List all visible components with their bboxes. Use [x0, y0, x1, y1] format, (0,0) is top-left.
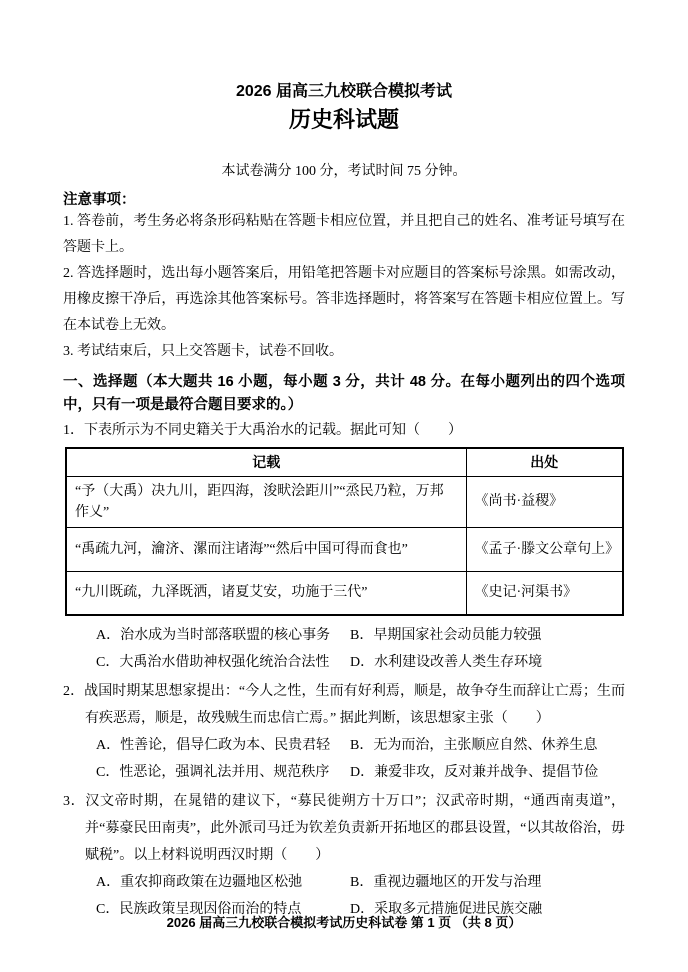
table-cell-source: 《尚书·益稷》: [466, 476, 623, 527]
question-1-stem: 1．下表所示为不同史籍关于大禹治水的记载。据此可知（ ）: [63, 419, 625, 442]
question-1-option-c: C．大禹治水借助神权强化统治合法性: [96, 649, 350, 676]
question-1: 1．下表所示为不同史籍关于大禹治水的记载。据此可知（ ） 记载 出处 “予（大禹…: [63, 419, 625, 676]
question-1-option-b: B．早期国家社会动员能力较强: [350, 622, 625, 649]
question-2-stem: 2．战国时期某思想家提出：“今人之性，生而有好利焉，顺是，故争夺生而辞让亡焉；生…: [63, 678, 625, 732]
question-3: 3．汉文帝时期，在晁错的建议下，“募民徙朔方十万口”；汉武帝时期，“通西南夷道”…: [63, 788, 625, 923]
notice-item-1: 1. 答卷前，考生务必将条形码粘贴在答题卡相应位置，并且把自己的姓名、准考证号填…: [63, 209, 625, 261]
table-row: “九川既疏，九泽既洒，诸夏艾安，功施于三代” 《史记·河渠书》: [66, 571, 623, 615]
exam-title-line2: 历史科试题: [63, 106, 625, 134]
question-2-text: 战国时期某思想家提出：“今人之性，生而有好利焉，顺是，故争夺生而辞让亡焉；生而有…: [84, 684, 625, 726]
question-2-option-a: A．性善论，倡导仁政为本、民贵君轻: [96, 732, 350, 759]
question-1-option-a: A．治水成为当时部落联盟的核心事务: [96, 622, 350, 649]
question-2-number: 2．: [63, 684, 84, 699]
table-row: “予（大禹）决九川，距四海，浚畎浍距川”“烝民乃粒，万邦作乂” 《尚书·益稷》: [66, 476, 623, 527]
question-1-option-d: D．水利建设改善人类生存环境: [350, 649, 625, 676]
table-header-row: 记载 出处: [66, 448, 623, 476]
question-1-options: A．治水成为当时部落联盟的核心事务 B．早期国家社会动员能力较强 C．大禹治水借…: [96, 622, 625, 676]
table-row: “禹疏九河，瀹济、漯而注诸海”“然后中国可得而食也” 《孟子·滕文公章句上》: [66, 527, 623, 571]
question-1-number: 1．: [63, 423, 84, 438]
table-cell-record: “九川既疏，九泽既洒，诸夏艾安，功施于三代”: [66, 571, 466, 615]
page-footer: 2026 届高三九校联合模拟考试历史科试卷 第 1 页 （共 8 页）: [0, 912, 688, 931]
table-header-record: 记载: [66, 448, 466, 476]
question-3-stem: 3．汉文帝时期，在晁错的建议下，“募民徙朔方十万口”；汉武帝时期，“通西南夷道”…: [63, 788, 625, 869]
question-2-option-b: B．无为而治，主张顺应自然、休养生息: [350, 732, 625, 759]
exam-title-line1: 2026 届高三九校联合模拟考试: [63, 82, 625, 102]
notice-item-3: 3. 考试结束后，只上交答题卡，试卷不回收。: [63, 339, 625, 365]
question-2-option-d: D．兼爱非攻，反对兼并战争、提倡节俭: [350, 759, 625, 786]
exam-info-line: 本试卷满分 100 分，考试时间 75 分钟。: [63, 162, 625, 182]
table-cell-source: 《史记·河渠书》: [466, 571, 623, 615]
question-3-number: 3．: [63, 794, 85, 809]
question-3-option-b: B．重视边疆地区的开发与治理: [350, 869, 625, 896]
table-cell-source: 《孟子·滕文公章句上》: [466, 527, 623, 571]
question-3-option-a: A．重农抑商政策在边疆地区松弛: [96, 869, 350, 896]
section-heading: 一、选择题（本大题共 16 小题，每小题 3 分，共计 48 分。在每小题列出的…: [63, 371, 625, 417]
question-1-text: 下表所示为不同史籍关于大禹治水的记载。据此可知（ ）: [84, 423, 462, 438]
table-cell-record: “禹疏九河，瀹济、漯而注诸海”“然后中国可得而食也”: [66, 527, 466, 571]
question-3-text: 汉文帝时期，在晁错的建议下，“募民徙朔方十万口”；汉武帝时期，“通西南夷道”，并…: [85, 794, 625, 863]
question-2-option-c: C．性恶论，强调礼法并用、规范秩序: [96, 759, 350, 786]
table-header-source: 出处: [466, 448, 623, 476]
question-2-options: A．性善论，倡导仁政为本、民贵君轻 B．无为而治，主张顺应自然、休养生息 C．性…: [96, 732, 625, 786]
exam-paper-page: 2026 届高三九校联合模拟考试 历史科试题 本试卷满分 100 分，考试时间 …: [0, 0, 688, 972]
question-2: 2．战国时期某思想家提出：“今人之性，生而有好利焉，顺是，故争夺生而辞让亡焉；生…: [63, 678, 625, 786]
table-cell-record: “予（大禹）决九川，距四海，浚畎浍距川”“烝民乃粒，万邦作乂”: [66, 476, 466, 527]
page-content: 2026 届高三九校联合模拟考试 历史科试题 本试卷满分 100 分，考试时间 …: [0, 0, 688, 923]
question-1-table: 记载 出处 “予（大禹）决九川，距四海，浚畎浍距川”“烝民乃粒，万邦作乂” 《尚…: [65, 447, 624, 616]
notice-item-2: 2. 答选择题时，选出每小题答案后，用铅笔把答题卡对应题目的答案标号涂黑。如需改…: [63, 261, 625, 339]
notices-heading: 注意事项：: [63, 191, 625, 209]
